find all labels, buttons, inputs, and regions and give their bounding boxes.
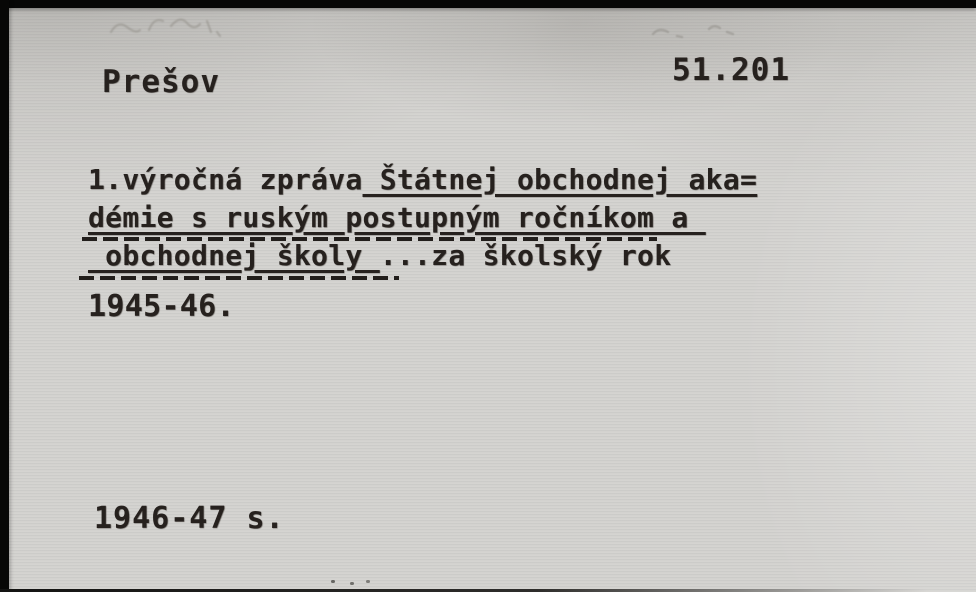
title-line-3-underlined: obchodnej školy [88,239,380,272]
scan-speck-marks [331,580,335,583]
scan-border-left [0,0,9,592]
title-line-2-underlined: démie s ruským postupným ročníkom a [88,201,706,234]
title-line-2: démie s ruským postupným ročníkom a [88,204,706,232]
title-line-3-plain: ...za školský rok [380,239,672,272]
holdings-statement: 1946-47 s. [94,504,285,534]
title-line-1-underlined: Štátnej obchodnej aka= [363,163,758,196]
title-line-1-plain: 1.výročná zpráva [88,163,363,196]
faint-pencil-mark [103,8,235,44]
faint-ink-marks [645,16,765,44]
title-line-1: 1.výročná zpráva Štátnej obchodnej aka= [88,166,757,194]
title-line-4-year: 1945-46. [88,292,235,322]
heading-location: Prešov [102,67,220,98]
catalog-card-scan: Prešov 51.201 1.výročná zpráva Štátnej o… [0,0,976,592]
typed-dash-underline-1 [82,237,657,241]
title-line-3: obchodnej školy ...za školský rok [88,242,671,270]
typed-dash-underline-2 [79,276,399,280]
call-number: 51.201 [672,55,790,86]
scan-border-top [0,0,976,8]
